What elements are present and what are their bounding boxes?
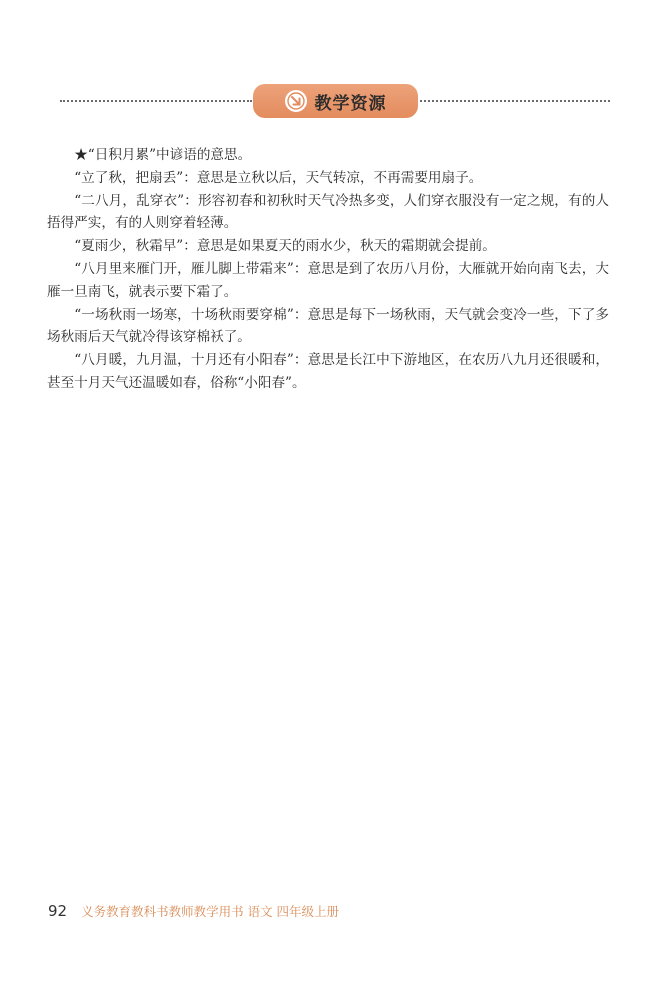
paragraph: “一场秋雨一场寒，十场秋雨要穿棉”：意思是每下一场秋雨，天气就会变冷一些，下了多… [47, 304, 609, 350]
paragraph: “立了秋，把扇丢”：意思是立秋以后，天气转凉，不再需要用扇子。 [47, 167, 609, 190]
page-footer: 92 义务教育教科书教师教学用书 语文 四年级上册 [48, 902, 339, 920]
paragraph: “二八月，乱穿衣”：形容初春和初秋时天气冷热多变，人们穿衣服没有一定之规，有的人… [47, 190, 609, 236]
paragraph-heading: ★“日积月累”中谚语的意思。 [47, 144, 609, 167]
dotted-divider-right [420, 100, 610, 102]
dotted-divider-left [60, 100, 252, 102]
paragraph: “夏雨少，秋霜早”：意思是如果夏天的雨水少，秋天的霜期就会提前。 [47, 235, 609, 258]
paragraph: “八月里来雁门开，雁儿脚上带霜来”：意思是到了农历八月份，大雁就开始向南飞去，大… [47, 258, 609, 304]
section-title-badge: 教学资源 [253, 84, 418, 118]
section-title: 教学资源 [315, 89, 387, 114]
page-number: 92 [48, 902, 67, 920]
book-title: 义务教育教科书教师教学用书 语文 四年级上册 [81, 902, 339, 920]
paragraph: “八月暖，九月温，十月还有小阳春”：意思是长江中下游地区，在农历八九月还很暖和，… [47, 349, 609, 395]
body-text: ★“日积月累”中谚语的意思。 “立了秋，把扇丢”：意思是立秋以后，天气转凉，不再… [47, 144, 609, 395]
arrow-down-right-circle-icon [285, 90, 307, 112]
section-header: 教学资源 [60, 84, 612, 118]
